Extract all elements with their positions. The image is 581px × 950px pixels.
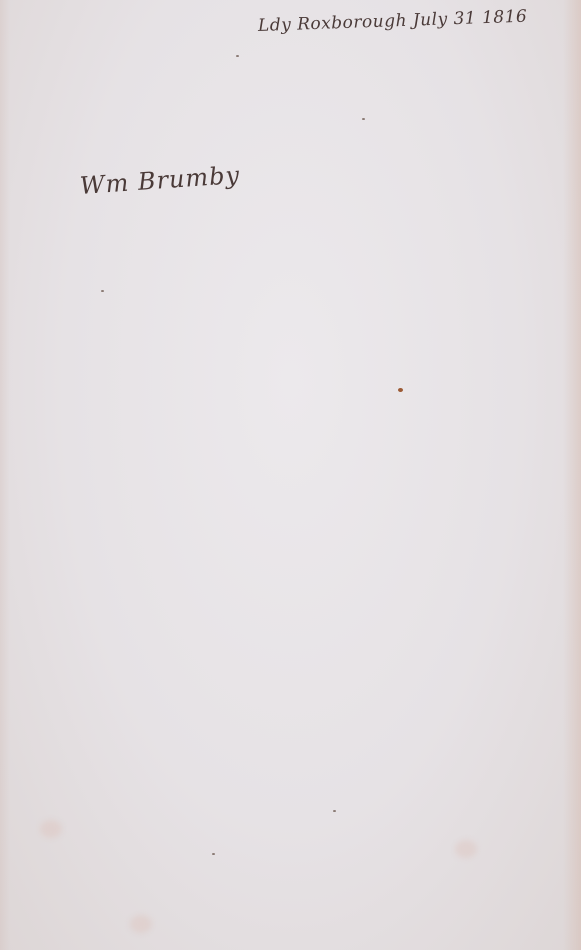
manuscript-page: Ldy Roxborough July 31 1816 Wm Brumby [0, 0, 581, 950]
handwritten-signature: Wm Brumby [79, 161, 241, 200]
foxing-mark [40, 820, 62, 838]
ink-dot [333, 810, 336, 812]
ink-dot [362, 118, 365, 120]
foxing-mark [455, 840, 477, 858]
ink-dot [212, 853, 215, 855]
foxing-mark [130, 915, 152, 933]
handwritten-header-note: Ldy Roxborough July 31 1816 [258, 7, 528, 36]
paper-edge-right [563, 0, 581, 950]
ink-dot [101, 290, 104, 292]
ink-stain-spot [398, 388, 403, 392]
paper-edge-left [0, 0, 10, 950]
ink-dot [236, 55, 239, 57]
